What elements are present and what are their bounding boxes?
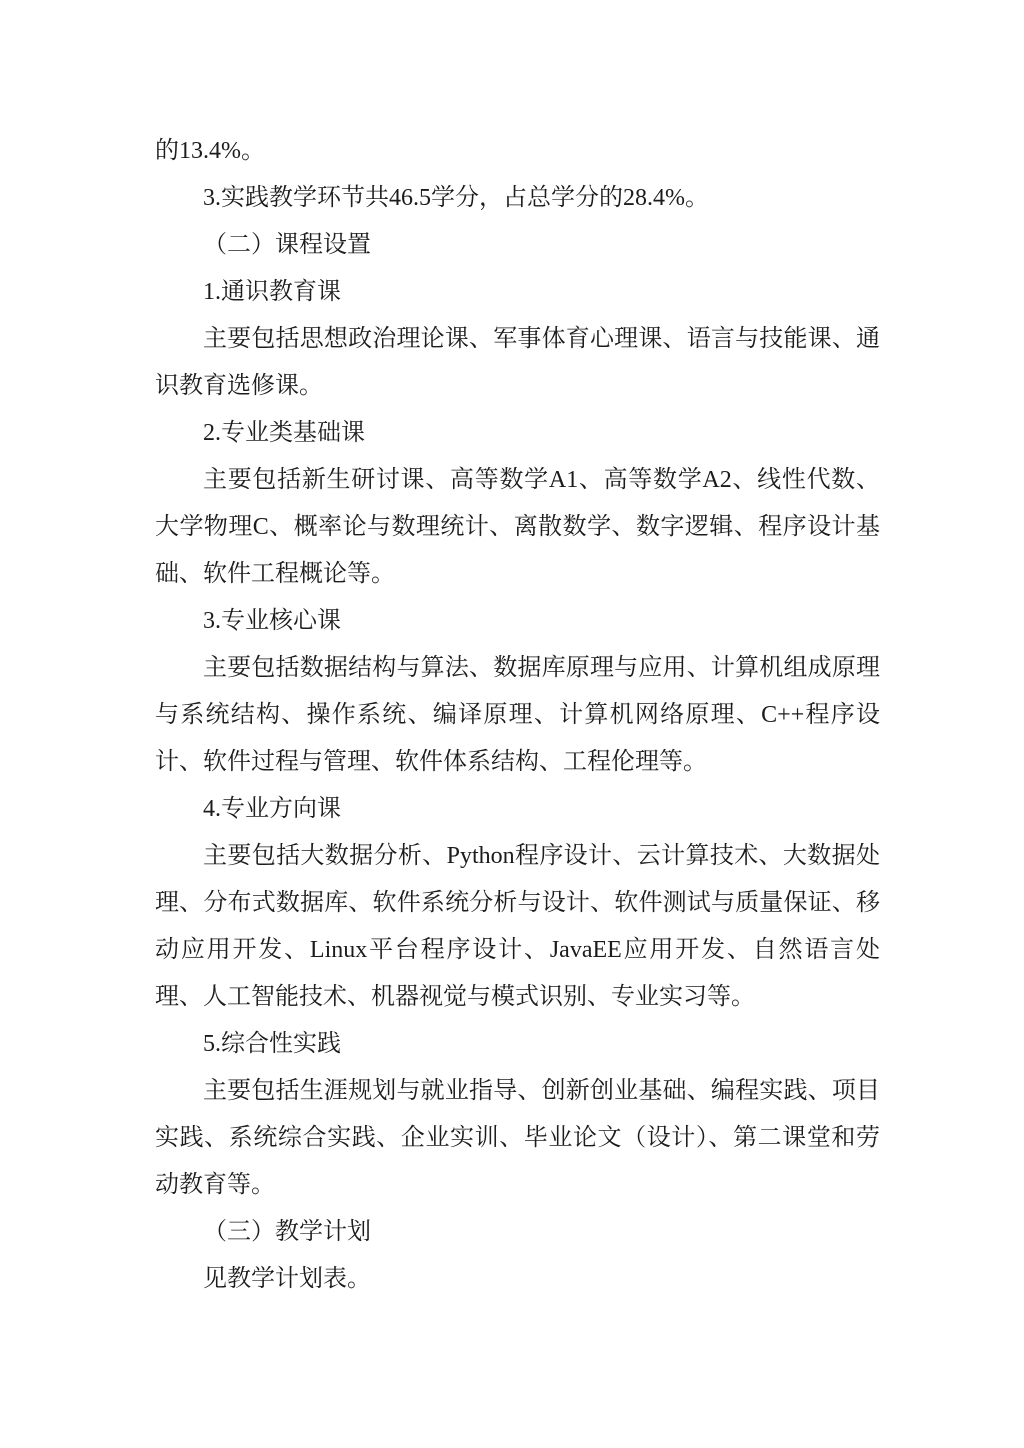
paragraph-major-core: 主要包括数据结构与算法、数据库原理与应用、计算机组成原理与系统结构、操作系统、编… (155, 645, 880, 786)
heading-comprehensive-practice: 5.综合性实践 (155, 1021, 880, 1068)
heading-major-foundation: 2.专业类基础课 (155, 410, 880, 457)
heading-course-setup: （二）课程设置 (155, 222, 880, 269)
heading-general-education: 1.通识教育课 (155, 269, 880, 316)
heading-teaching-plan: （三）教学计划 (155, 1209, 880, 1256)
paragraph-general-education: 主要包括思想政治理论课、军事体育心理课、语言与技能课、通识教育选修课。 (155, 316, 880, 410)
heading-major-core: 3.专业核心课 (155, 598, 880, 645)
paragraph-continuation: 的13.4%。 (155, 128, 880, 175)
paragraph-comprehensive-practice: 主要包括生涯规划与就业指导、创新创业基础、编程实践、项目实践、系统综合实践、企业… (155, 1068, 880, 1209)
paragraph-practice-credits: 3.实践教学环节共46.5学分，占总学分的28.4%。 (155, 175, 880, 222)
heading-major-direction: 4.专业方向课 (155, 786, 880, 833)
paragraph-major-foundation: 主要包括新生研讨课、高等数学A1、高等数学A2、线性代数、大学物理C、概率论与数… (155, 457, 880, 598)
document-body: 的13.4%。 3.实践教学环节共46.5学分，占总学分的28.4%。 （二）课… (155, 128, 880, 1303)
document-page: 的13.4%。 3.实践教学环节共46.5学分，占总学分的28.4%。 （二）课… (0, 0, 1024, 1448)
paragraph-teaching-plan: 见教学计划表。 (155, 1256, 880, 1303)
paragraph-major-direction: 主要包括大数据分析、Python程序设计、云计算技术、大数据处理、分布式数据库、… (155, 833, 880, 1021)
